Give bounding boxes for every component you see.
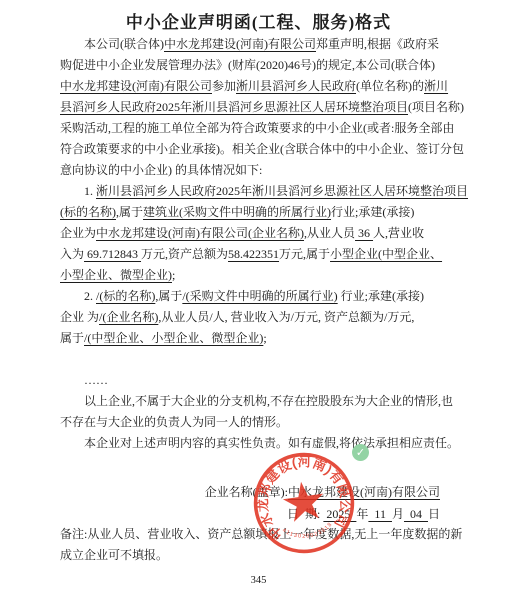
text-segment: 不存在与大企业的负责人为同一人的情形。: [60, 415, 288, 429]
text-segment: 意向协议的中小企业) 的具体情况如下:: [60, 163, 262, 177]
text-segment: 行业;承建(承接): [338, 289, 424, 303]
text-segment: ,属于: [116, 205, 143, 219]
text-line: 小型企业、微型企业);: [60, 265, 462, 286]
text-segment: ;: [263, 331, 266, 345]
text-line: 企业 为/(企业名称),从业人员/人, 营业收入为/万元, 资产总额为/万元,: [60, 307, 462, 328]
text-segment: 万元,属于: [279, 247, 330, 261]
text-line: 企业为中水龙邦建设(河南)有限公司(企业名称),从业人员 36 人,营业收: [60, 223, 462, 244]
text-segment: ……: [84, 373, 108, 387]
text-segment: ,从业人员/人, 营业收入为/万元, 资产总额为/万元,: [158, 310, 414, 324]
body-text: 本公司(联合体)中水龙邦建设(河南)有限公司郑重声明,根据《政府采购促进中小企业…: [60, 34, 462, 454]
underlined-value: 建筑业(采购文件中明确的所属行业): [143, 205, 331, 219]
text-line: ……: [60, 370, 462, 391]
underlined-value: /(中型企业、小型企业、微型企业): [84, 331, 263, 345]
underlined-value: 58.422351: [228, 247, 279, 261]
text-line: 购促进中小企业发展管理办法》(财库(2020)46号)的规定,本公司(联合体): [60, 55, 462, 76]
underlined-value: 小型企业、微型企业): [60, 268, 172, 282]
text-segment: 月: [392, 507, 404, 521]
text-segment: 本企业对上述声明内容的真实性负责。如有虚假,将依法承担相应责任。: [84, 436, 459, 450]
text-segment: 入为: [60, 247, 84, 261]
text-segment: 符合政策要求的中小企业承接)。相关企业(含联合体中的中小企业、签订分包: [60, 142, 464, 156]
underlined-value: 中水龙邦建设(河南)有限公司: [164, 37, 316, 51]
text-line: 县滔河乡人民政府2025年淅川县滔河乡思源社区人居环境整治项目(项目名称): [60, 97, 462, 118]
underlined-value: /(采购文件中明确的所属行业): [182, 289, 337, 303]
text-segment: (单位名称)的: [356, 79, 424, 93]
text-segment: 日: [428, 507, 440, 521]
seal-serial-number: 4113020023918: [280, 521, 335, 544]
underlined-value: 淅川: [424, 79, 448, 93]
text-line: 意向协议的中小企业) 的具体情况如下:: [60, 160, 462, 181]
text-segment: 企业 为: [60, 310, 99, 324]
page-number: 345: [0, 575, 517, 586]
text-segment: 参加: [212, 79, 236, 93]
text-line: 符合政策要求的中小企业承接)。相关企业(含联合体中的中小企业、签订分包: [60, 139, 462, 160]
text-segment: 行业;承建(承接): [331, 205, 414, 219]
text-segment: 郑重声明,根据《政府采: [316, 37, 439, 51]
text-segment: 万元,资产总额为: [141, 247, 228, 261]
text-line: 1. 淅川县滔河乡人民政府2025年淅川县滔河乡思源社区人居环境整治项目: [60, 181, 462, 202]
underlined-value: 04: [404, 507, 428, 521]
verified-check-icon: ✓: [352, 444, 369, 461]
text-segment: ;: [172, 268, 175, 282]
text-line: 本企业对上述声明内容的真实性负责。如有虚假,将依法承担相应责任。: [60, 433, 462, 454]
text-segment: 本公司(联合体): [84, 37, 164, 51]
underlined-value: /(企业名称): [99, 310, 158, 324]
underlined-value: /(标的名称): [96, 289, 155, 303]
text-line: 不存在与大企业的负责人为同一人的情形。: [60, 412, 462, 433]
company-seal: 中水龙邦建设(河南)有限公司 4113020023918: [244, 443, 364, 563]
underlined-value: (标的名称): [60, 205, 116, 219]
underlined-value: 县滔河乡人民政府2025年淅川县滔河乡思源社区人居环境整治项目: [60, 100, 408, 114]
text-segment: (项目名称): [408, 100, 464, 114]
text-line: 2. /(标的名称),属于/(采购文件中明确的所属行业) 行业;承建(承接): [60, 286, 462, 307]
text-segment: 以上企业,不属于大企业的分支机构,不存在控股股东为大企业的情形,也: [84, 394, 453, 408]
underlined-value: 中水龙邦建设(河南)有限公司: [60, 79, 212, 93]
text-line: 采购活动,工程的施工单位全部为符合政策要求的中小企业(或者:服务全部由: [60, 118, 462, 139]
text-segment: 属于: [60, 331, 84, 345]
text-line: 中水龙邦建设(河南)有限公司参加淅川县滔河乡人民政府(单位名称)的淅川: [60, 76, 462, 97]
text-segment: ,属于: [155, 289, 182, 303]
text-segment: 成立企业可不填报。: [60, 548, 168, 562]
underlined-value: 69.712843: [84, 247, 141, 261]
underlined-value: 36: [355, 226, 373, 240]
underlined-value: 小型企业(中型企业、: [330, 247, 442, 261]
document-page: 中小企业声明函(工程、服务)格式 本公司(联合体)中水龙邦建设(河南)有限公司郑…: [0, 0, 517, 595]
text-segment: 1.: [84, 184, 96, 198]
text-line: 本公司(联合体)中水龙邦建设(河南)有限公司郑重声明,根据《政府采: [60, 34, 462, 55]
document-title: 中小企业声明函(工程、服务)格式: [0, 8, 517, 33]
underlined-value: 淅川县滔河乡人民政府2025年淅川县滔河乡思源社区人居环境整治项目: [96, 184, 468, 198]
text-segment: 2.: [84, 289, 96, 303]
text-segment: 人,营业收: [373, 226, 424, 240]
text-segment: ,从业人员: [304, 226, 355, 240]
underlined-value: 中水龙邦建设(河南)有限公司(企业名称): [96, 226, 304, 240]
text-line: [60, 349, 462, 370]
text-line: 以上企业,不属于大企业的分支机构,不存在控股股东为大企业的情形,也: [60, 391, 462, 412]
text-line: (标的名称),属于建筑业(采购文件中明确的所属行业)行业;承建(承接): [60, 202, 462, 223]
seal-star-icon: [281, 479, 327, 523]
underlined-value: 11: [368, 507, 392, 521]
underlined-value: 淅川县滔河乡人民政府: [236, 79, 356, 93]
text-segment: 企业为: [60, 226, 96, 240]
text-segment: 采购活动,工程的施工单位全部为符合政策要求的中小企业(或者:服务全部由: [60, 121, 454, 135]
text-line: 入为 69.712843 万元,资产总额为58.422351万元,属于小型企业(…: [60, 244, 462, 265]
text-segment: 购促进中小企业发展管理办法》(财库(2020)46号)的规定,本公司(联合体): [60, 58, 435, 72]
text-line: 属于/(中型企业、小型企业、微型企业);: [60, 328, 462, 349]
